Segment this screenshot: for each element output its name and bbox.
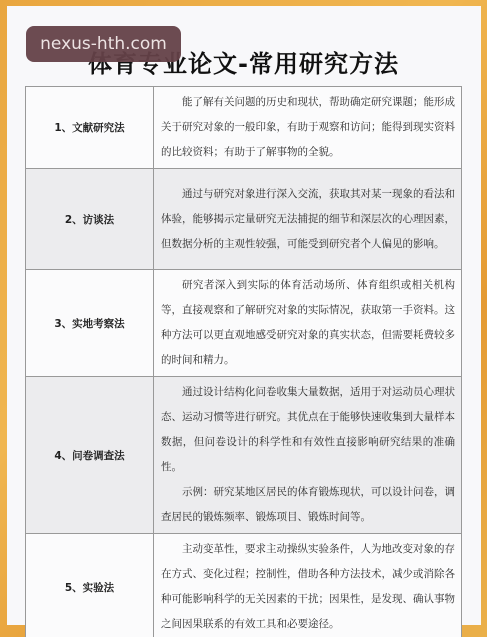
description-paragraph: 主动变革性，要求主动操纵实验条件，人为地改变对象的存在方式、变化过程；控制性，借… — [161, 537, 455, 637]
method-name: 1、文献研究法 — [26, 87, 154, 169]
table-row: 1、文献研究法 能了解有关问题的历史和现状，帮助确定研究课题；能形成关于研究对象… — [26, 87, 462, 169]
methods-table: 1、文献研究法 能了解有关问题的历史和现状，帮助确定研究课题；能形成关于研究对象… — [25, 86, 462, 637]
table-row: 5、实验法 主动变革性，要求主动操纵实验条件，人为地改变对象的存在方式、变化过程… — [26, 534, 462, 637]
method-description: 通过设计结构化问卷收集大量数据，适用于对运动员心理状态、运动习惯等进行研究。其优… — [154, 377, 462, 534]
method-name: 4、问卷调查法 — [26, 377, 154, 534]
method-name: 2、访谈法 — [26, 169, 154, 270]
method-name: 3、实地考察法 — [26, 270, 154, 377]
method-description: 通过与研究对象进行深入交流，获取其对某一现象的看法和体验，能够揭示定量研究无法捕… — [154, 169, 462, 270]
table-row: 4、问卷调查法 通过设计结构化问卷收集大量数据，适用于对运动员心理状态、运动习惯… — [26, 377, 462, 534]
watermark-badge: nexus-hth.com — [26, 26, 181, 62]
method-description: 主动变革性，要求主动操纵实验条件，人为地改变对象的存在方式、变化过程；控制性，借… — [154, 534, 462, 637]
table-row: 3、实地考察法 研究者深入到实际的体育活动场所、体育组织或相关机构等，直接观察和… — [26, 270, 462, 377]
method-description: 研究者深入到实际的体育活动场所、体育组织或相关机构等，直接观察和了解研究对象的实… — [154, 270, 462, 377]
description-paragraph: 通过设计结构化问卷收集大量数据，适用于对运动员心理状态、运动习惯等进行研究。其优… — [161, 380, 455, 480]
method-description: 能了解有关问题的历史和现状，帮助确定研究课题；能形成关于研究对象的一般印象，有助… — [154, 87, 462, 169]
method-name: 5、实验法 — [26, 534, 154, 637]
description-paragraph: 研究者深入到实际的体育活动场所、体育组织或相关机构等，直接观察和了解研究对象的实… — [161, 273, 455, 373]
description-paragraph: 通过与研究对象进行深入交流，获取其对某一现象的看法和体验，能够揭示定量研究无法捕… — [161, 182, 455, 257]
example-paragraph: 示例：研究某地区居民的体育锻炼现状，可以设计问卷，调查居民的锻炼频率、锻炼项目、… — [161, 480, 455, 530]
description-paragraph: 能了解有关问题的历史和现状，帮助确定研究课题；能形成关于研究对象的一般印象，有助… — [161, 90, 455, 165]
table-row: 2、访谈法 通过与研究对象进行深入交流，获取其对某一现象的看法和体验，能够揭示定… — [26, 169, 462, 270]
